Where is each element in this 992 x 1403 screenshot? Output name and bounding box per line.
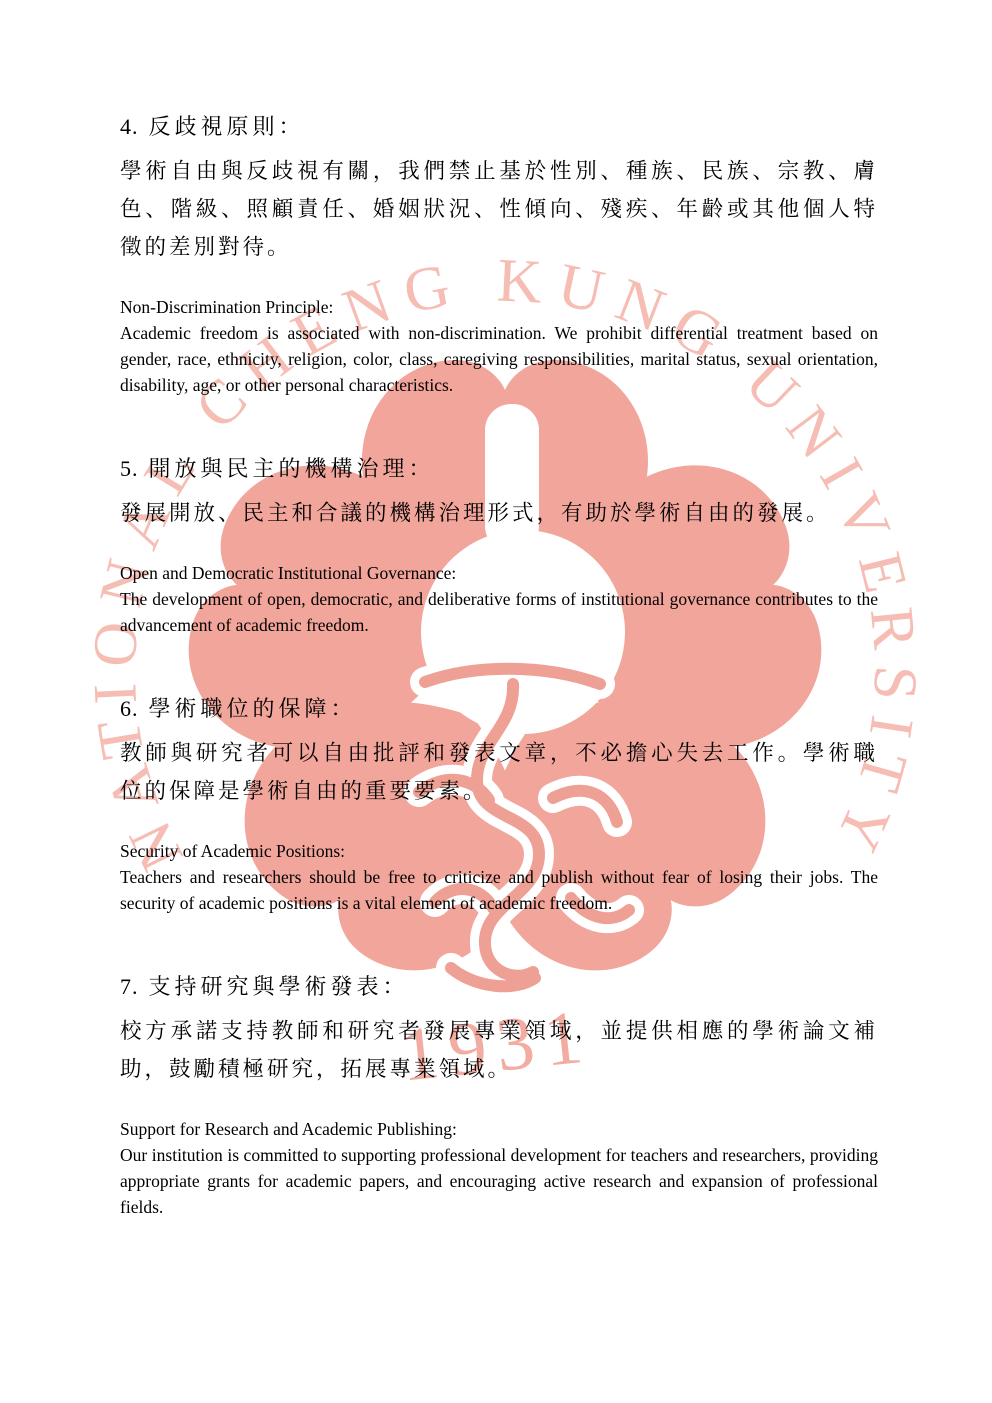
section-number: 5. [120,456,139,481]
section-heading-zh: 7.支持研究與學術發表： [120,972,878,1002]
section-title-en: Non-Discrimination Principle: [120,294,878,320]
section-body-zh: 校方承諾支持教師和研究者發展專業領域，並提供相應的學術論文補助，鼓勵積極研究，拓… [120,1012,878,1088]
section-number: 7. [120,974,139,999]
section-title-zh: 支持研究與學術發表： [149,974,409,999]
section-english: Non-Discrimination Principle: Academic f… [120,294,878,398]
section-title-en: Support for Research and Academic Publis… [120,1116,878,1142]
section-body-en: Our institution is committed to supporti… [120,1142,878,1220]
section-body-zh: 學術自由與反歧視有關，我們禁止基於性別、種族、民族、宗教、膚色、階級、照顧責任、… [120,152,878,266]
section-body-zh: 教師與研究者可以自由批評和發表文章，不必擔心失去工作。學術職位的保障是學術自由的… [120,734,878,810]
section-english: Support for Research and Academic Publis… [120,1116,878,1220]
section-heading-zh: 4.反歧視原則： [120,112,878,142]
section-title-en: Security of Academic Positions: [120,838,878,864]
section-title-zh: 反歧視原則： [149,114,305,139]
section-title-zh: 開放與民主的機構治理： [149,456,435,481]
section-7: 7.支持研究與學術發表： 校方承諾支持教師和研究者發展專業領域，並提供相應的學術… [120,972,878,1220]
section-title-zh: 學術職位的保障： [149,696,357,721]
section-body-en: Teachers and researchers should be free … [120,864,878,916]
document-page: NATIONAL CHENG KUNG UNIVERSITY 1931 4.反歧… [0,0,992,1403]
section-number: 6. [120,696,139,721]
section-5: 5.開放與民主的機構治理： 發展開放、民主和合議的機構治理形式，有助於學術自由的… [120,454,878,638]
section-heading-zh: 6.學術職位的保障： [120,694,878,724]
section-4: 4.反歧視原則： 學術自由與反歧視有關，我們禁止基於性別、種族、民族、宗教、膚色… [120,112,878,398]
document-content: 4.反歧視原則： 學術自由與反歧視有關，我們禁止基於性別、種族、民族、宗教、膚色… [0,0,992,1220]
section-6: 6.學術職位的保障： 教師與研究者可以自由批評和發表文章，不必擔心失去工作。學術… [120,694,878,916]
section-english: Security of Academic Positions: Teachers… [120,838,878,916]
section-english: Open and Democratic Institutional Govern… [120,560,878,638]
section-title-en: Open and Democratic Institutional Govern… [120,560,878,586]
section-heading-zh: 5.開放與民主的機構治理： [120,454,878,484]
section-body-zh: 發展開放、民主和合議的機構治理形式，有助於學術自由的發展。 [120,494,878,532]
section-number: 4. [120,114,139,139]
section-body-en: The development of open, democratic, and… [120,586,878,638]
section-body-en: Academic freedom is associated with non-… [120,320,878,398]
